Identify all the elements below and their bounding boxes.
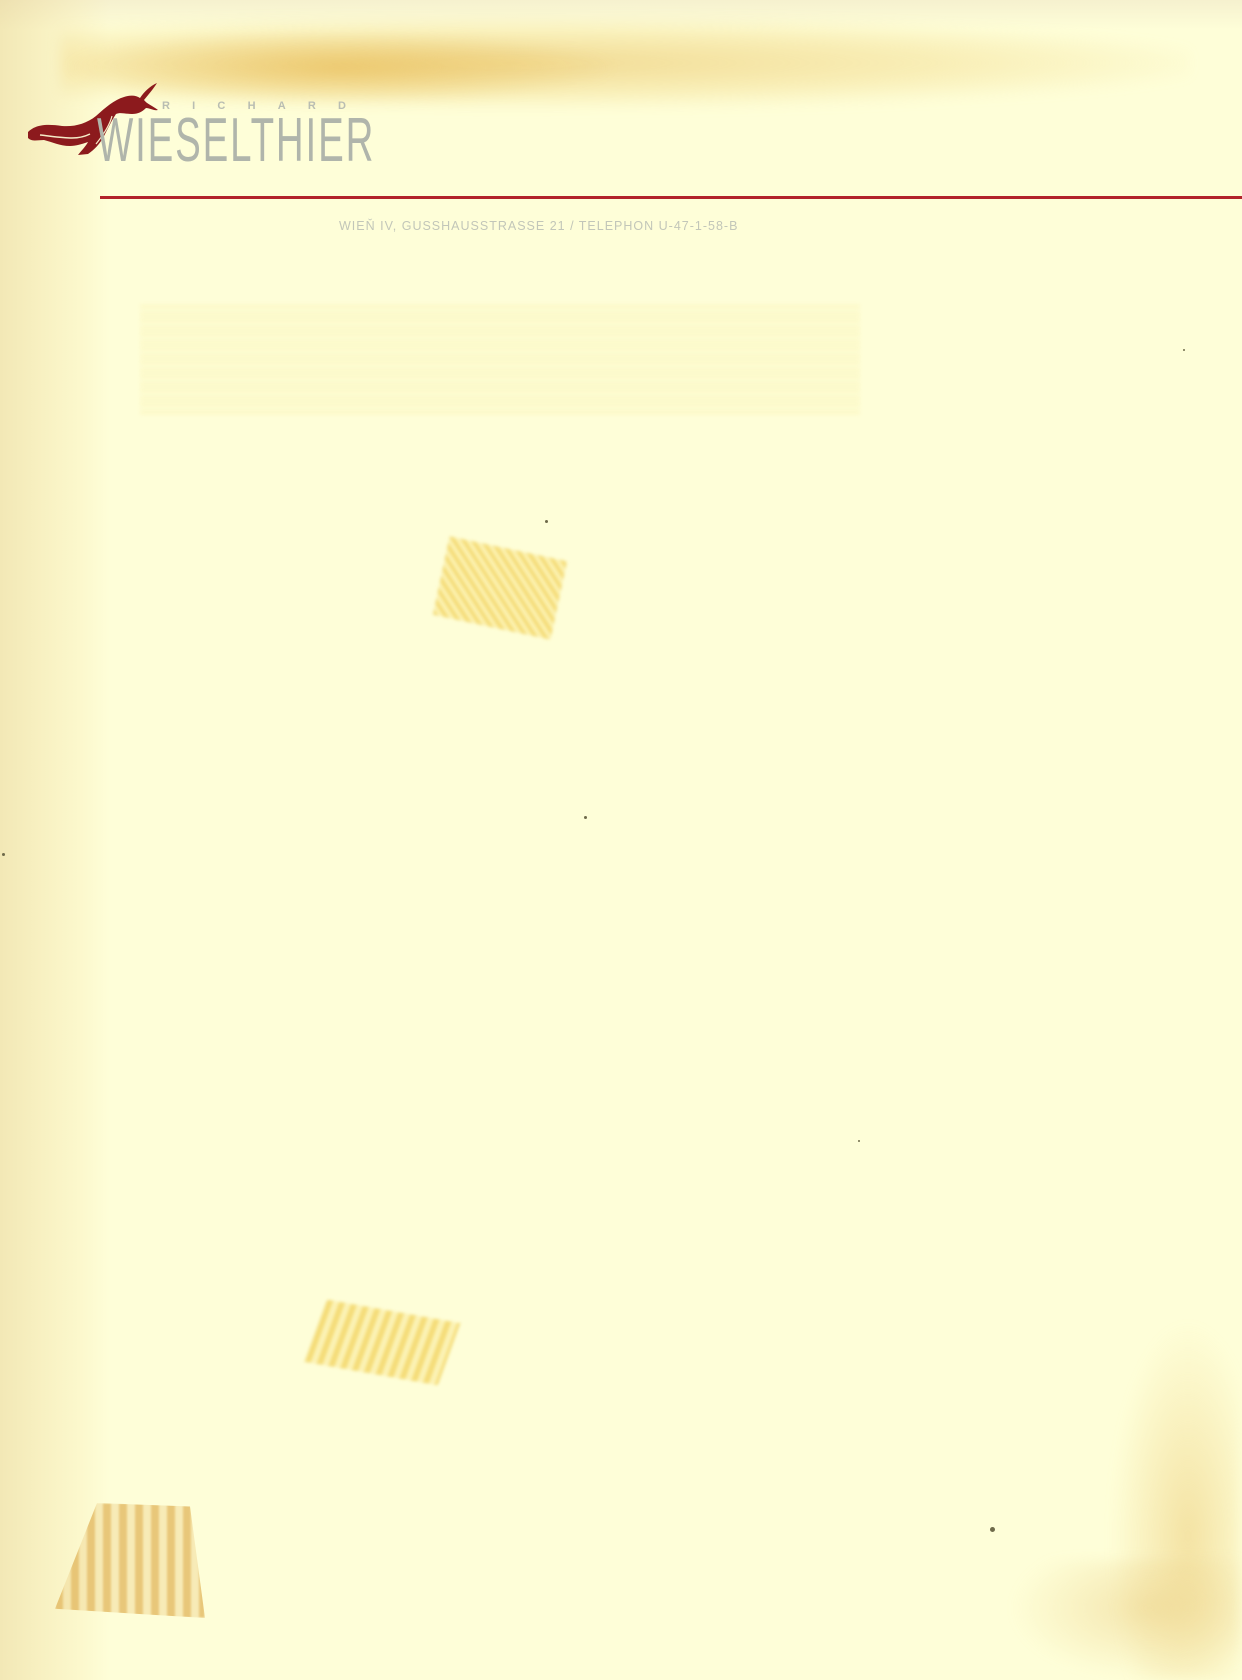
brand-last-name: WIESELTHIER [97,110,375,172]
paper-speck [990,1527,995,1532]
paper-speck [545,520,548,523]
paper-speck [584,816,587,819]
paper-speck [2,853,5,856]
address-line: WIEŇ IV, GUSSHAUSSTRASSE 21 / TELEPHON U… [339,219,738,233]
paper-speck [1183,349,1185,351]
letterhead: R I C H A R D WIESELTHIER WIEŇ IV, GUSSH… [0,0,1242,250]
paper-background [0,0,1242,1680]
header-rule [100,196,1242,199]
paper-speck [858,1140,860,1142]
